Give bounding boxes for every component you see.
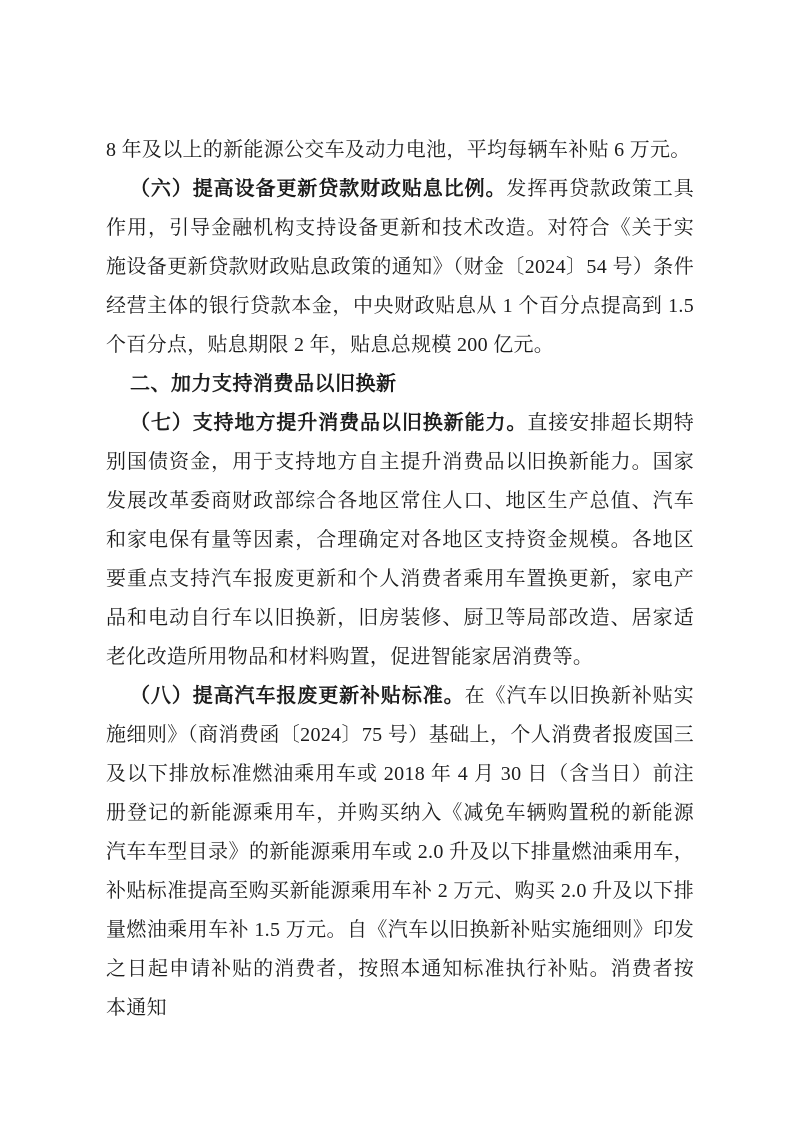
paragraph-bus-battery-subsidy: 8 年及以上的新能源公交车及动力电池，平均每辆车补贴 6 万元。 bbox=[106, 131, 694, 170]
paragraph-item-8: （八）提高汽车报废更新补贴标准。在《汽车以旧换新补贴实施细则》（商消费函〔202… bbox=[106, 677, 694, 1028]
item-6-lead-sentence: （六）提高设备更新贷款财政贴息比例。 bbox=[130, 178, 506, 200]
paragraph-item-7: （七）支持地方提升消费品以旧换新能力。直接安排超长期特别国债资金，用于支持地方自… bbox=[106, 404, 694, 677]
item-8-lead-sentence: （八）提高汽车报废更新补贴标准。 bbox=[130, 685, 465, 707]
section-2-heading: 二、加力支持消费品以旧换新 bbox=[106, 365, 694, 404]
item-6-body-text: 发挥再贷款政策工具作用，引导金融机构支持设备更新和技术改造。对符合《关于实施设备… bbox=[106, 178, 694, 356]
document-page: 8 年及以上的新能源公交车及动力电池，平均每辆车补贴 6 万元。 （六）提高设备… bbox=[106, 131, 694, 1028]
item-7-lead-sentence: （七）支持地方提升消费品以旧换新能力。 bbox=[130, 412, 527, 434]
item-7-body-text: 直接安排超长期特别国债资金，用于支持地方自主提升消费品以旧换新能力。国家发展改革… bbox=[106, 412, 694, 668]
item-8-body-text: 在《汽车以旧换新补贴实施细则》（商消费函〔2024〕75 号）基础上，个人消费者… bbox=[106, 685, 694, 1019]
paragraph-item-6: （六）提高设备更新贷款财政贴息比例。发挥再贷款政策工具作用，引导金融机构支持设备… bbox=[106, 170, 694, 365]
